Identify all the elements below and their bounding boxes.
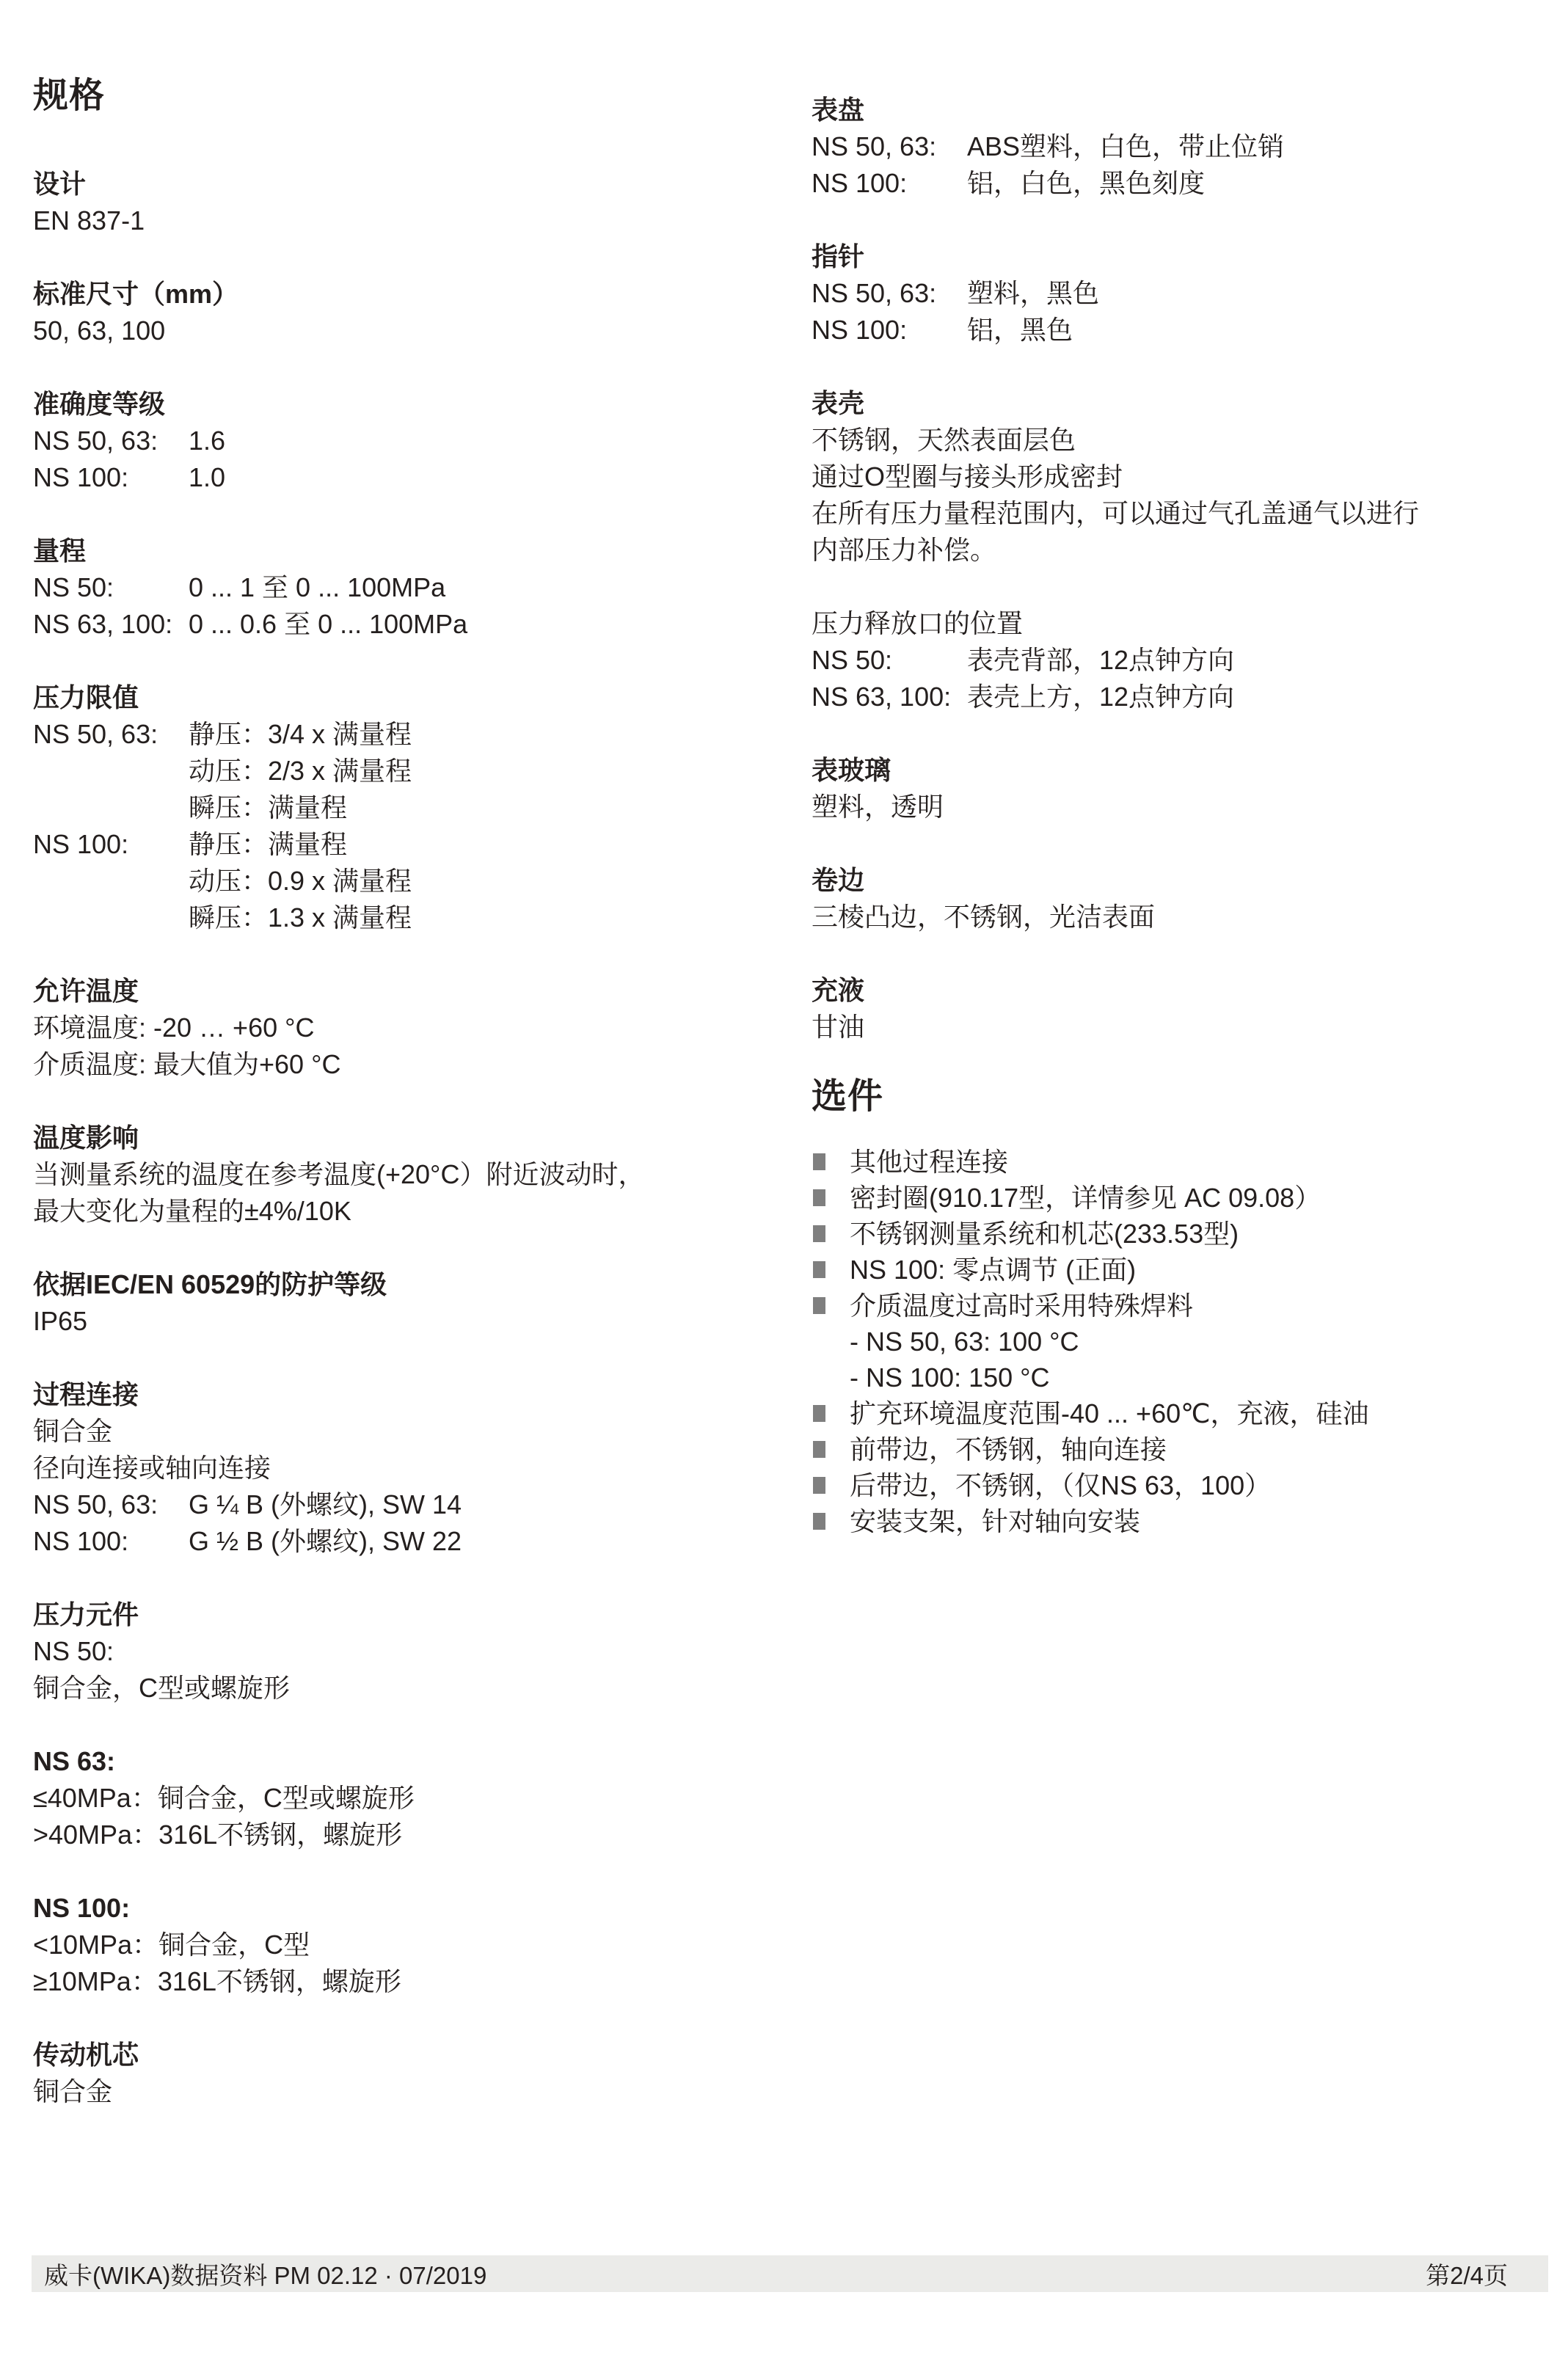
text-line: 通过O型圈与接头形成密封 — [812, 459, 1553, 495]
section: 量程NS 50:0 ... 1 至 0 ... 100MPaNS 63, 100… — [33, 533, 767, 643]
section-heading: 卷边 — [812, 862, 1553, 899]
text-line: ≤40MPa：铜合金，C型或螺旋形 — [33, 1780, 767, 1817]
option-item-label: 密封圈(910.17型，详情参见 AC 09.08） — [850, 1183, 1321, 1213]
section: 依据IEC/EN 60529的防护等级IP65 — [33, 1266, 767, 1340]
text-line: 50, 63, 100 — [33, 313, 767, 349]
row-label: NS 50, 63: — [33, 423, 189, 459]
spec-row: NS 50, 63:1.6 — [33, 423, 767, 459]
row-value: 静压：3/4 x 满量程 — [189, 716, 767, 753]
text-line: 径向连接或轴向连接 — [33, 1450, 767, 1486]
text-line: <10MPa：铜合金，C型 — [33, 1927, 767, 1963]
spec-row: NS 50, 63:塑料，黑色 — [812, 275, 1553, 312]
bullet-square-icon — [813, 1153, 825, 1170]
row-label: NS 100: — [812, 312, 967, 348]
row-label: NS 100: — [812, 165, 967, 202]
section: 充液甘油 — [812, 972, 1553, 1045]
row-value: 1.6 — [189, 423, 767, 459]
footer-page-number: 第2/4页 — [1426, 2257, 1508, 2291]
spec-row: NS 50, 63:ABS塑料，白色，带止位销 — [812, 128, 1553, 165]
row-label: NS 50: — [812, 642, 967, 679]
text-line: 介质温度: 最大值为+60 °C — [33, 1046, 767, 1083]
options-list: 其他过程连接密封圈(910.17型，详情参见 AC 09.08）不锈钢测量系统和… — [812, 1144, 1553, 1539]
option-item: - NS 50, 63: 100 °C — [812, 1324, 1553, 1360]
section-heading: 允许温度 — [33, 973, 767, 1010]
spec-row: NS 100:铝，黑色 — [812, 312, 1553, 348]
option-item-label: 其他过程连接 — [850, 1147, 1008, 1177]
row-label: NS 100: — [33, 459, 189, 496]
row-label: NS 100: — [33, 1523, 189, 1560]
section: NS 100:<10MPa：铜合金，C型≥10MPa：316L不锈钢，螺旋形 — [33, 1890, 767, 2000]
bullet-square-icon — [813, 1297, 825, 1314]
row-value: 1.0 — [189, 459, 767, 496]
row-value: G ¼ B (外螺纹), SW 14 — [189, 1486, 767, 1523]
section-heading: 压力元件 — [33, 1596, 767, 1633]
section: 过程连接铜合金径向连接或轴向连接NS 50, 63:G ¼ B (外螺纹), S… — [33, 1376, 767, 1560]
page-title-specifications: 规格 — [33, 78, 767, 114]
row-label: NS 50, 63: — [33, 716, 189, 753]
option-item: 其他过程连接 — [812, 1144, 1553, 1180]
row-label: NS 100: — [33, 826, 189, 863]
row-label: NS 50, 63: — [812, 275, 967, 312]
row-value: G ½ B (外螺纹), SW 22 — [189, 1523, 767, 1560]
option-item-label: 扩充环境温度范围-40 ... +60℃，充液，硅油 — [850, 1398, 1369, 1428]
spec-row: 瞬压：1.3 x 满量程 — [33, 899, 767, 936]
footer-bar: 威卡(WIKA)数据资料 PM 02.12 · 07/2019 第2/4页 — [32, 2255, 1548, 2292]
option-item-label: - NS 50, 63: 100 °C — [850, 1327, 1079, 1357]
text-line: EN 837-1 — [33, 202, 767, 239]
section-heading: 传动机芯 — [33, 2037, 767, 2073]
section: 准确度等级NS 50, 63:1.6NS 100:1.0 — [33, 386, 767, 496]
text-line: ≥10MPa：316L不锈钢，螺旋形 — [33, 1963, 767, 2000]
section: 指针NS 50, 63:塑料，黑色NS 100:铝，黑色 — [812, 238, 1553, 348]
section-heading: 表盘 — [812, 92, 1553, 128]
row-label: NS 50, 63: — [33, 1486, 189, 1523]
option-item-label: - NS 100: 150 °C — [850, 1362, 1050, 1393]
row-value: 0 ... 0.6 至 0 ... 100MPa — [189, 606, 767, 643]
footer-doc-info: 威卡(WIKA)数据资料 PM 02.12 · 07/2019 — [44, 2257, 486, 2291]
section: 标准尺寸（mm）50, 63, 100 — [33, 276, 767, 349]
spec-row: 瞬压：满量程 — [33, 789, 767, 826]
option-item-label: NS 100: 零点调节 (正面) — [850, 1255, 1136, 1285]
section-heading: 压力限值 — [33, 679, 767, 716]
text-line: 塑料，透明 — [812, 789, 1553, 825]
row-label — [33, 899, 189, 936]
text-line: 环境温度: -20 … +60 °C — [33, 1010, 767, 1046]
spec-row: 动压：2/3 x 满量程 — [33, 753, 767, 789]
text-line: 铜合金，C型或螺旋形 — [33, 1670, 767, 1707]
section-heading: 设计 — [33, 166, 767, 202]
text-line: 铜合金 — [33, 2073, 767, 2110]
datasheet-page: 规格 设计EN 837-1标准尺寸（mm）50, 63, 100准确度等级NS … — [0, 0, 1568, 2372]
section: 设计EN 837-1 — [33, 166, 767, 239]
spec-row: NS 50:0 ... 1 至 0 ... 100MPa — [33, 569, 767, 606]
row-value: 动压：2/3 x 满量程 — [189, 753, 767, 789]
row-value: 动压：0.9 x 满量程 — [189, 863, 767, 899]
left-column: 规格 设计EN 837-1标准尺寸（mm）50, 63, 100准确度等级NS … — [33, 78, 767, 2110]
section: 卷边三棱凸边，不锈钢，光洁表面 — [812, 862, 1553, 935]
section: NS 63:≤40MPa：铜合金，C型或螺旋形>40MPa：316L不锈钢，螺旋… — [33, 1743, 767, 1853]
section: 允许温度环境温度: -20 … +60 °C介质温度: 最大值为+60 °C — [33, 973, 767, 1083]
section-heading: NS 63: — [33, 1743, 767, 1780]
spec-row: NS 100:1.0 — [33, 459, 767, 496]
row-label — [33, 863, 189, 899]
option-item: 密封圈(910.17型，详情参见 AC 09.08） — [812, 1180, 1553, 1216]
row-value: 表壳背部，12点钟方向 — [967, 642, 1553, 679]
right-column: 表盘NS 50, 63:ABS塑料，白色，带止位销NS 100:铝，白色，黑色刻… — [812, 92, 1553, 1539]
bullet-square-icon — [813, 1477, 825, 1494]
text-line: 铜合金 — [33, 1413, 767, 1450]
bullet-square-icon — [813, 1189, 825, 1206]
text-line: 甘油 — [812, 1009, 1553, 1045]
option-item: 不锈钢测量系统和机芯(233.53型) — [812, 1216, 1553, 1252]
option-item-label: 后带边，不锈钢，（仅NS 63，100） — [850, 1470, 1271, 1500]
section-heading: NS 100: — [33, 1890, 767, 1927]
section: 传动机芯铜合金 — [33, 2037, 767, 2110]
section: 压力释放口的位置NS 50:表壳背部，12点钟方向NS 63, 100:表壳上方… — [812, 605, 1553, 715]
text-line: 内部压力补偿。 — [812, 532, 1553, 569]
section-heading: 表壳 — [812, 385, 1553, 422]
option-item: 安装支架，针对轴向安装 — [812, 1503, 1553, 1539]
spec-row: NS 100:铝，白色，黑色刻度 — [812, 165, 1553, 202]
spec-row: NS 50, 63:G ¼ B (外螺纹), SW 14 — [33, 1486, 767, 1523]
bullet-square-icon — [813, 1261, 825, 1278]
bullet-square-icon — [813, 1405, 825, 1422]
option-item: 前带边，不锈钢，轴向连接 — [812, 1431, 1553, 1467]
section-heading: 过程连接 — [33, 1376, 767, 1413]
text-line: NS 50: — [33, 1633, 767, 1670]
section: 表壳不锈钢，天然表面层色通过O型圈与接头形成密封在所有压力量程范围内，可以通过气… — [812, 385, 1553, 569]
text-line: 不锈钢，天然表面层色 — [812, 422, 1553, 459]
row-value: 静压：满量程 — [189, 826, 767, 863]
option-item: 介质温度过高时采用特殊焊料 — [812, 1288, 1553, 1324]
spec-row: 动压：0.9 x 满量程 — [33, 863, 767, 899]
bullet-square-icon — [813, 1441, 825, 1458]
row-label — [33, 753, 189, 789]
row-value: ABS塑料，白色，带止位销 — [967, 128, 1553, 165]
spec-row: NS 100:G ½ B (外螺纹), SW 22 — [33, 1523, 767, 1560]
row-label: NS 63, 100: — [812, 679, 967, 715]
option-item-label: 介质温度过高时采用特殊焊料 — [850, 1291, 1193, 1321]
text-line: 三棱凸边，不锈钢，光洁表面 — [812, 899, 1553, 935]
left-sections: 设计EN 837-1标准尺寸（mm）50, 63, 100准确度等级NS 50,… — [33, 166, 767, 2110]
option-item: NS 100: 零点调节 (正面) — [812, 1252, 1553, 1288]
row-value: 表壳上方，12点钟方向 — [967, 679, 1553, 715]
row-label: NS 63, 100: — [33, 606, 189, 643]
section-heading: 表玻璃 — [812, 752, 1553, 789]
spec-row: NS 100:静压：满量程 — [33, 826, 767, 863]
option-item: 扩充环境温度范围-40 ... +60℃，充液，硅油 — [812, 1395, 1553, 1431]
bullet-square-icon — [813, 1225, 825, 1242]
section: 温度影响当测量系统的温度在参考温度(+20°C）附近波动时，最大变化为量程的±4… — [33, 1120, 767, 1230]
section-heading: 温度影响 — [33, 1120, 767, 1156]
section-heading: 压力释放口的位置 — [812, 605, 1553, 642]
section: 压力限值NS 50, 63:静压：3/4 x 满量程动压：2/3 x 满量程瞬压… — [33, 679, 767, 936]
section-heading: 指针 — [812, 238, 1553, 275]
bullet-square-icon — [813, 1513, 825, 1530]
text-line: 最大变化为量程的±4%/10K — [33, 1193, 767, 1230]
row-value: 铝，黑色 — [967, 312, 1553, 348]
option-item: 后带边，不锈钢，（仅NS 63，100） — [812, 1467, 1553, 1503]
spec-row: NS 50:表壳背部，12点钟方向 — [812, 642, 1553, 679]
right-sections: 表盘NS 50, 63:ABS塑料，白色，带止位销NS 100:铝，白色，黑色刻… — [812, 92, 1553, 1045]
row-label: NS 50, 63: — [812, 128, 967, 165]
row-value: 瞬压：1.3 x 满量程 — [189, 899, 767, 936]
row-value: 铝，白色，黑色刻度 — [967, 165, 1553, 202]
section: 表玻璃塑料，透明 — [812, 752, 1553, 825]
spec-row: NS 63, 100:0 ... 0.6 至 0 ... 100MPa — [33, 606, 767, 643]
section-heading: 量程 — [33, 533, 767, 569]
text-line: 在所有压力量程范围内，可以通过气孔盖通气以进行 — [812, 495, 1553, 532]
text-line: IP65 — [33, 1303, 767, 1340]
option-item-label: 安装支架，针对轴向安装 — [850, 1506, 1140, 1536]
row-label — [33, 789, 189, 826]
row-value: 0 ... 1 至 0 ... 100MPa — [189, 569, 767, 606]
section: 表盘NS 50, 63:ABS塑料，白色，带止位销NS 100:铝，白色，黑色刻… — [812, 92, 1553, 202]
text-line: >40MPa：316L不锈钢，螺旋形 — [33, 1817, 767, 1853]
options-title: 选件 — [812, 1079, 1553, 1115]
text-line: 当测量系统的温度在参考温度(+20°C）附近波动时， — [33, 1156, 767, 1193]
section: 压力元件NS 50:铜合金，C型或螺旋形 — [33, 1596, 767, 1707]
section-heading: 依据IEC/EN 60529的防护等级 — [33, 1266, 767, 1303]
spec-row: NS 63, 100:表壳上方，12点钟方向 — [812, 679, 1553, 715]
row-value: 瞬压：满量程 — [189, 789, 767, 826]
option-item: - NS 100: 150 °C — [812, 1360, 1553, 1395]
section-heading: 充液 — [812, 972, 1553, 1009]
option-item-label: 前带边，不锈钢，轴向连接 — [850, 1434, 1167, 1464]
row-label: NS 50: — [33, 569, 189, 606]
section-heading: 准确度等级 — [33, 386, 767, 423]
option-item-label: 不锈钢测量系统和机芯(233.53型) — [850, 1219, 1239, 1249]
section-heading: 标准尺寸（mm） — [33, 276, 767, 313]
spec-row: NS 50, 63:静压：3/4 x 满量程 — [33, 716, 767, 753]
row-value: 塑料，黑色 — [967, 275, 1553, 312]
